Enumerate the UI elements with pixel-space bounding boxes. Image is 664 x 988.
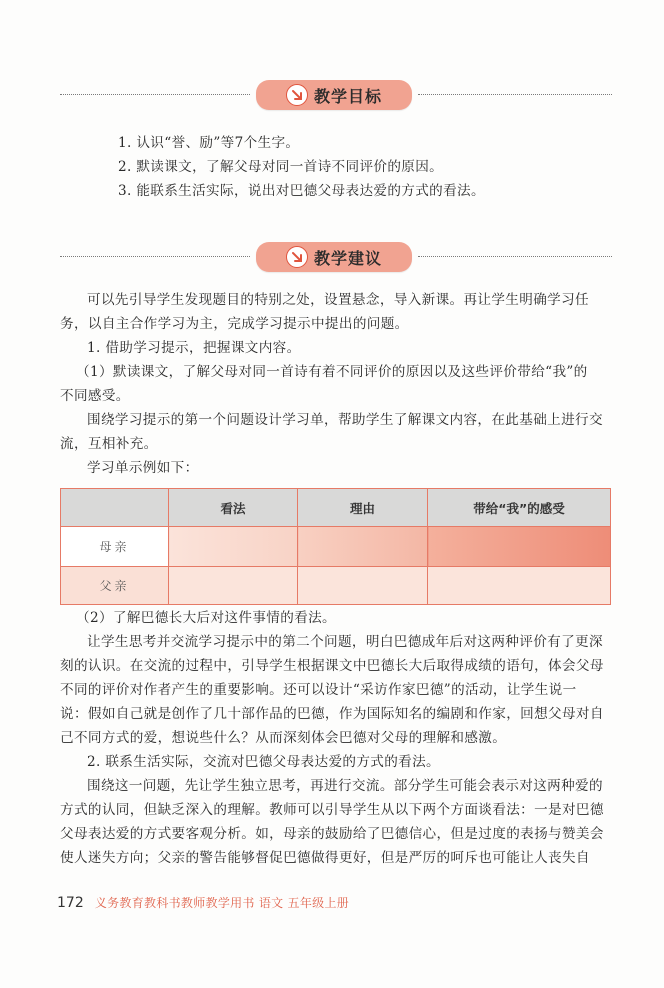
goal-item: 2. 默读课文，了解父母对同一首诗不同评价的原因。 — [118, 157, 443, 177]
row-label: 母亲 — [61, 527, 169, 567]
book-title: 义务教育教科书教师教学用书 语文 五年级上册 — [95, 896, 349, 910]
page-footer: 172 义务教育教科书教师教学用书 语文 五年级上册 — [57, 892, 349, 911]
divider — [418, 94, 612, 95]
paragraph-line: （1）默读课文，了解父母对同一首诗有着不同评价的原因以及这些评价带给“我”的 — [76, 362, 588, 382]
paragraph-line: 己不同方式的爱，想说些什么？从而深刻体会巴德对父母的理解和感激。 — [60, 728, 506, 748]
table-header-cell — [61, 489, 169, 527]
section-pill: 教学目标 — [256, 80, 412, 110]
section-header-goals: 教学目标 — [60, 80, 612, 110]
paragraph-line: 父母表达爱的方式要客观分析。如，母亲的鼓励给了巴德信心，但是过度的表扬与赞美会 — [60, 824, 604, 844]
paragraph-line: 说：假如自己就是创作了几十部作品的巴德，作为国际知名的编剧和作家，回想父母对自 — [60, 704, 604, 724]
section-title: 教学目标 — [314, 84, 382, 107]
paragraph-line: 流，互相补充。 — [60, 434, 158, 454]
table-header-row: 看法 理由 带给“我”的感受 — [61, 489, 611, 527]
paragraph-line: 围绕学习提示的第一个问题设计学习单，帮助学生了解课文内容，在此基础上进行交 — [87, 410, 603, 430]
paragraph-line: 学习单示例如下： — [87, 458, 199, 478]
arrow-down-right-circle-icon — [286, 246, 308, 268]
page-number: 172 — [57, 895, 84, 911]
section-header-suggestions: 教学建议 — [60, 242, 612, 272]
worksheet-table: 看法 理由 带给“我”的感受 母亲 父亲 — [60, 488, 611, 605]
table-cell — [169, 567, 298, 605]
paragraph-line: 不同感受。 — [60, 386, 130, 406]
section-title: 教学建议 — [314, 246, 382, 269]
table-header-cell: 理由 — [298, 489, 428, 527]
table-cell — [298, 527, 428, 567]
divider — [418, 256, 612, 257]
paragraph-line: 使人迷失方向；父亲的警告能够督促巴德做得更好，但是严厉的呵斥也可能让人丧失自 — [60, 848, 590, 868]
paragraph-line: 刻的认识。在交流的过程中，引导学生根据课文中巴德长大后取得成绩的语句，体会父母 — [60, 656, 604, 676]
table-header-cell: 看法 — [169, 489, 298, 527]
table-cell — [298, 567, 428, 605]
subheading: 2. 联系生活实际，交流对巴德父母表达爱的方式的看法。 — [87, 752, 440, 772]
subheading: 1. 借助学习提示，把握课文内容。 — [87, 338, 301, 358]
goal-item: 1. 认识“誉、励”等7个生字。 — [118, 133, 299, 153]
subheading: （2）了解巴德长大后对这件事情的看法。 — [76, 608, 336, 628]
paragraph-line: 方式的认同，但缺乏深入的理解。教师可以引导学生从以下两个方面谈看法：一是对巴德 — [60, 800, 604, 820]
goal-item: 3. 能联系生活实际，说出对巴德父母表达爱的方式的看法。 — [118, 181, 485, 201]
section-pill: 教学建议 — [256, 242, 412, 272]
paragraph-line: 围绕这一问题，先让学生独立思考，再进行交流。部分学生可能会表示对这两种爱的 — [87, 776, 603, 796]
divider — [60, 94, 250, 95]
table-row: 父亲 — [61, 567, 611, 605]
table-cell — [428, 527, 611, 567]
paragraph-line: 务，以自主合作学习为主，完成学习提示中提出的问题。 — [60, 314, 409, 334]
table-header-cell: 带给“我”的感受 — [428, 489, 611, 527]
arrow-down-right-circle-icon — [286, 84, 308, 106]
table-cell — [169, 527, 298, 567]
table-cell — [428, 567, 611, 605]
paragraph-line: 可以先引导学生发现题目的特别之处，设置悬念，导入新课。再让学生明确学习任 — [87, 290, 589, 310]
divider — [60, 256, 250, 257]
paragraph-line: 让学生思考并交流学习提示中的第二个问题，明白巴德成年后对这两种评价有了更深 — [87, 632, 603, 652]
row-label: 父亲 — [61, 567, 169, 605]
paragraph-line: 不同的评价对作者产生的重要影响。还可以设计“采访作家巴德”的活动，让学生说一 — [60, 680, 577, 700]
table-row: 母亲 — [61, 527, 611, 567]
